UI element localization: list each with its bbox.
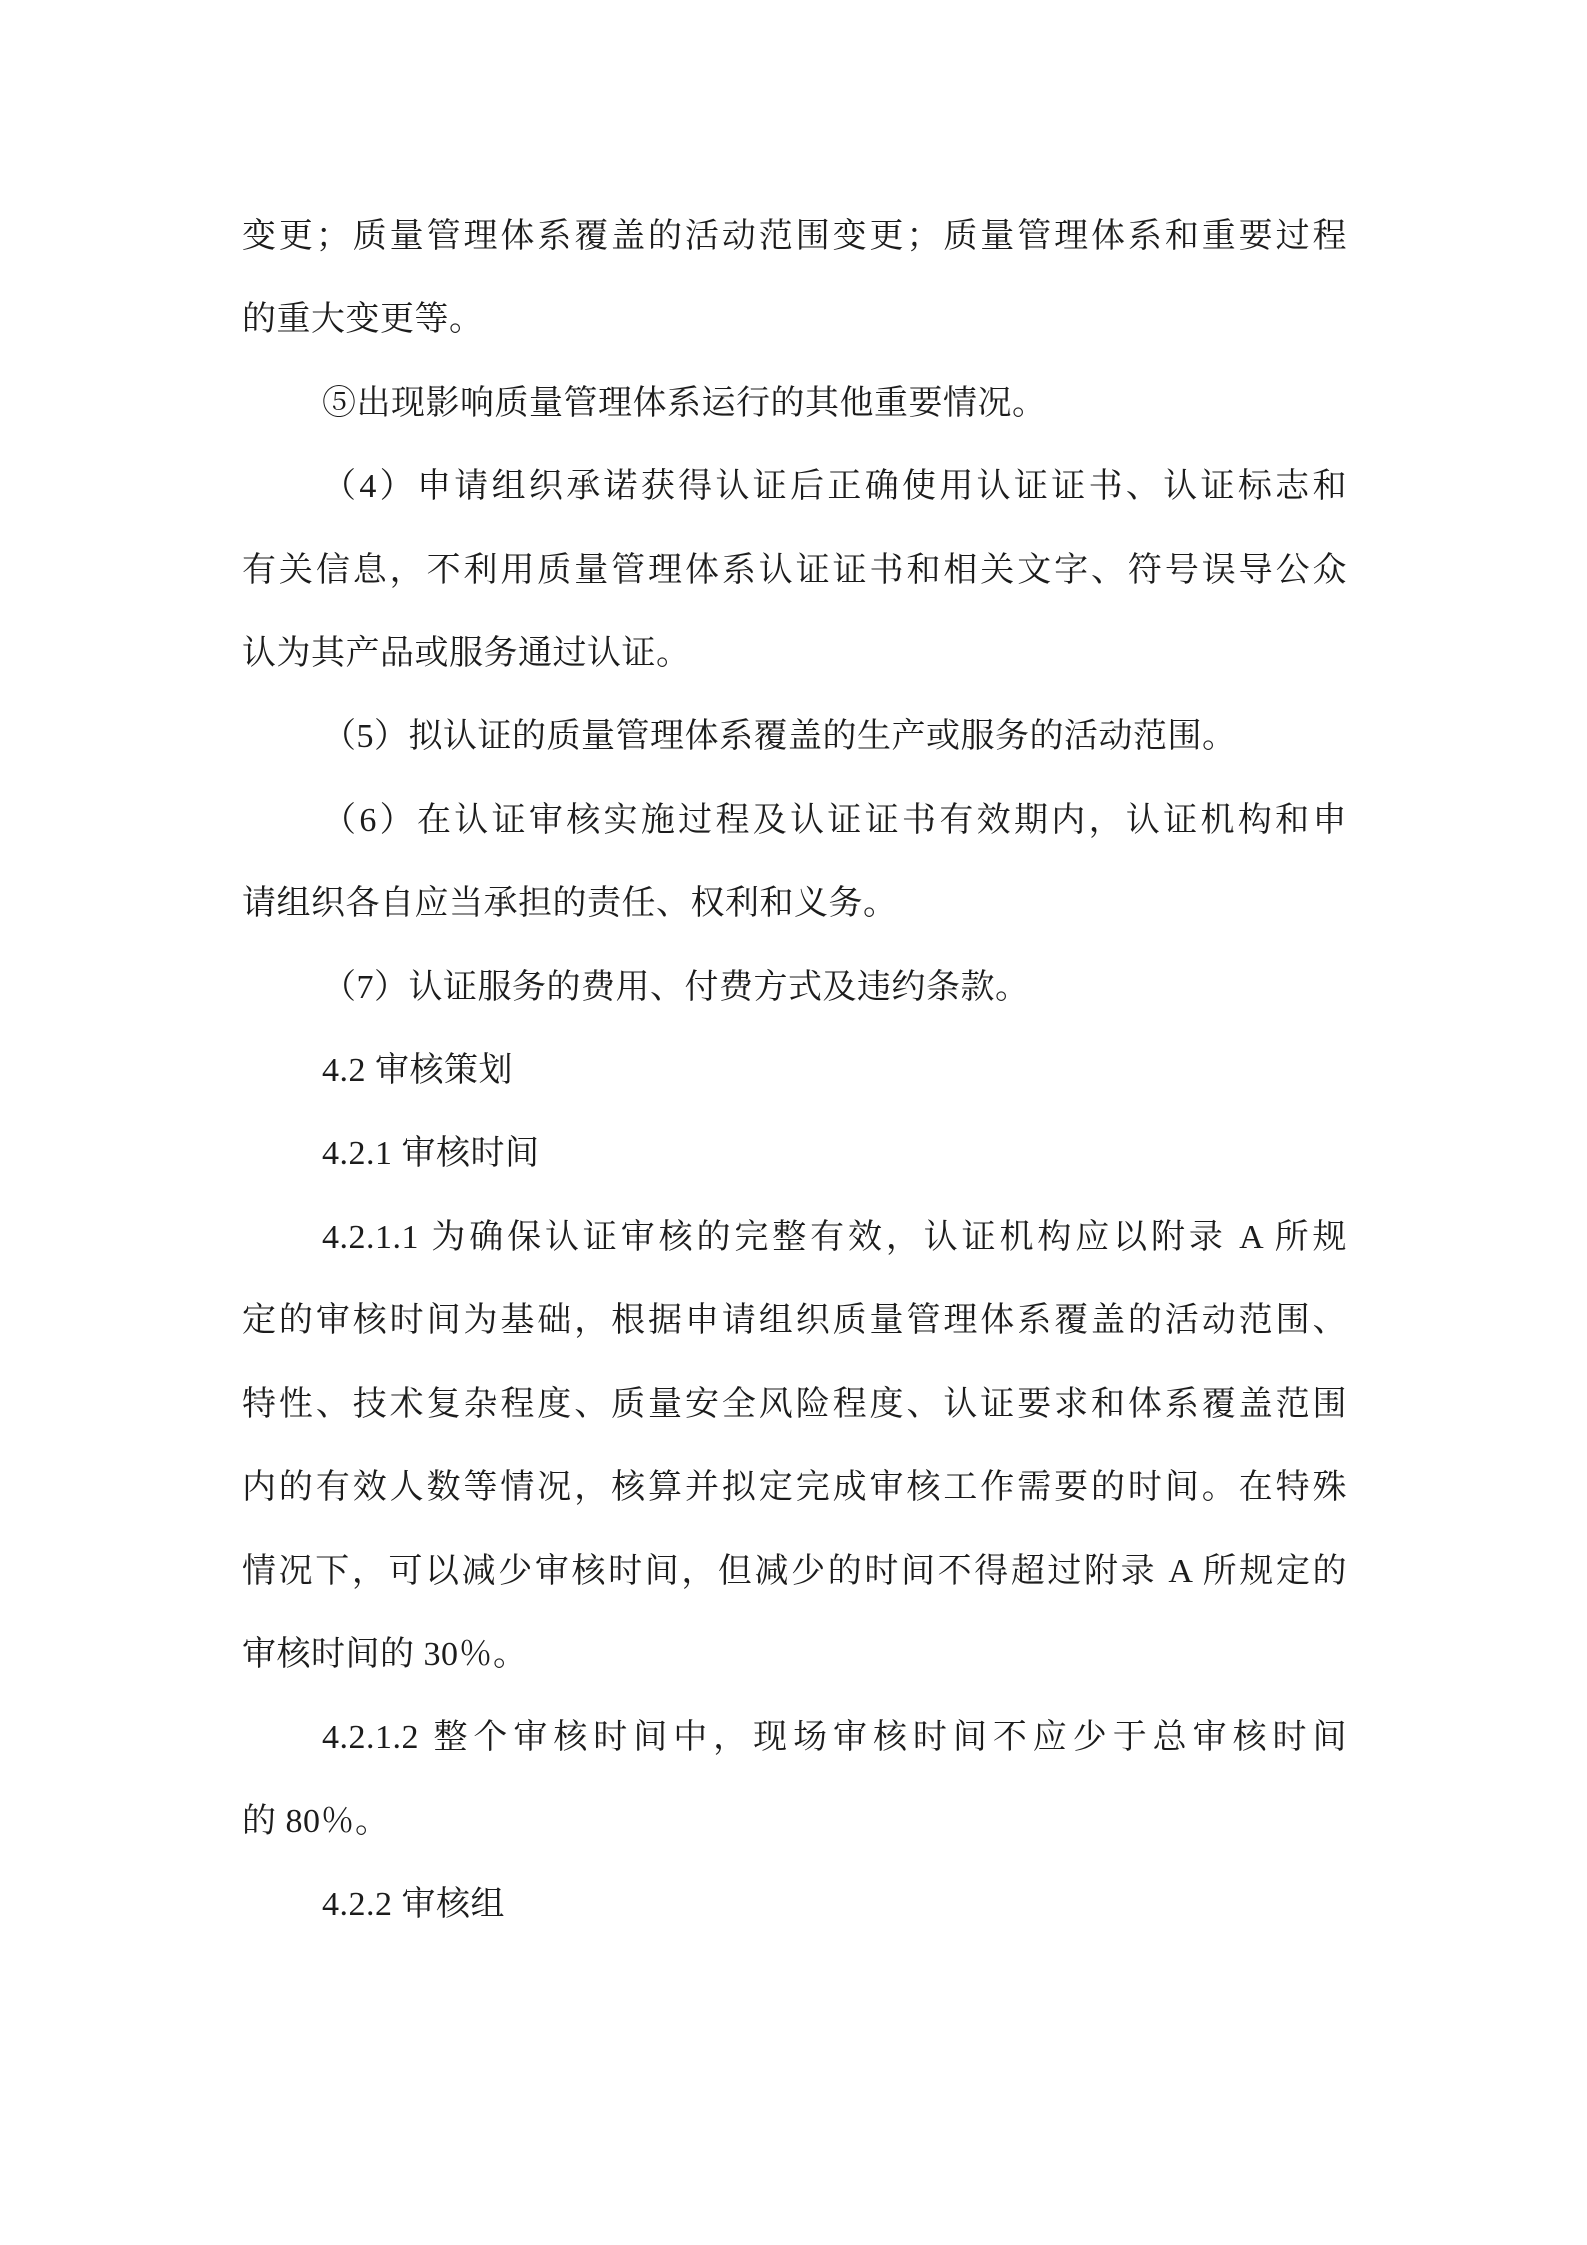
text-line: 4.2.1.2 整个审核时间中，现场审核时间不应少于总审核时间 [242,1696,1347,1779]
text-line: 审核时间的 30％。 [242,1613,1347,1696]
text-line: （4）申请组织承诺获得认证后正确使用认证证书、认证标志和 [242,445,1347,528]
text-line: 特性、技术复杂程度、质量安全风险程度、认证要求和体系覆盖范围 [242,1363,1347,1446]
text-line: 情况下，可以减少审核时间，但减少的时间不得超过附录 A 所规定的 [242,1530,1347,1613]
text-line: 定的审核时间为基础，根据申请组织质量管理体系覆盖的活动范围、 [242,1279,1347,1362]
text-line: 有关信息，不利用质量管理体系认证证书和相关文字、符号误导公众 [242,529,1347,612]
text-line: ⑤出现影响质量管理体系运行的其他重要情况。 [242,362,1347,445]
text-line: 内的有效人数等情况，核算并拟定完成审核工作需要的时间。在特殊 [242,1446,1347,1529]
text-line: 认为其产品或服务通过认证。 [242,612,1347,695]
text-line: （7）认证服务的费用、付费方式及违约条款。 [242,946,1347,1029]
text-line: 4.2.1.1 为确保认证审核的完整有效，认证机构应以附录 A 所规 [242,1196,1347,1279]
text-line: （6）在认证审核实施过程及认证证书有效期内，认证机构和申 [242,779,1347,862]
text-line: 的重大变更等。 [242,278,1347,361]
text-line: 请组织各自应当承担的责任、权利和义务。 [242,862,1347,945]
section-heading: 4.2.2 审核组 [242,1863,1347,1946]
text-line: 的 80％。 [242,1780,1347,1863]
document-content: 变更；质量管理体系覆盖的活动范围变更；质量管理体系和重要过程 的重大变更等。 ⑤… [242,195,1347,1947]
document-page: 变更；质量管理体系覆盖的活动范围变更；质量管理体系和重要过程 的重大变更等。 ⑤… [0,0,1587,2245]
section-heading: 4.2 审核策划 [242,1029,1347,1112]
text-line: （5）拟认证的质量管理体系覆盖的生产或服务的活动范围。 [242,695,1347,778]
section-heading: 4.2.1 审核时间 [242,1112,1347,1195]
text-line: 变更；质量管理体系覆盖的活动范围变更；质量管理体系和重要过程 [242,195,1347,278]
